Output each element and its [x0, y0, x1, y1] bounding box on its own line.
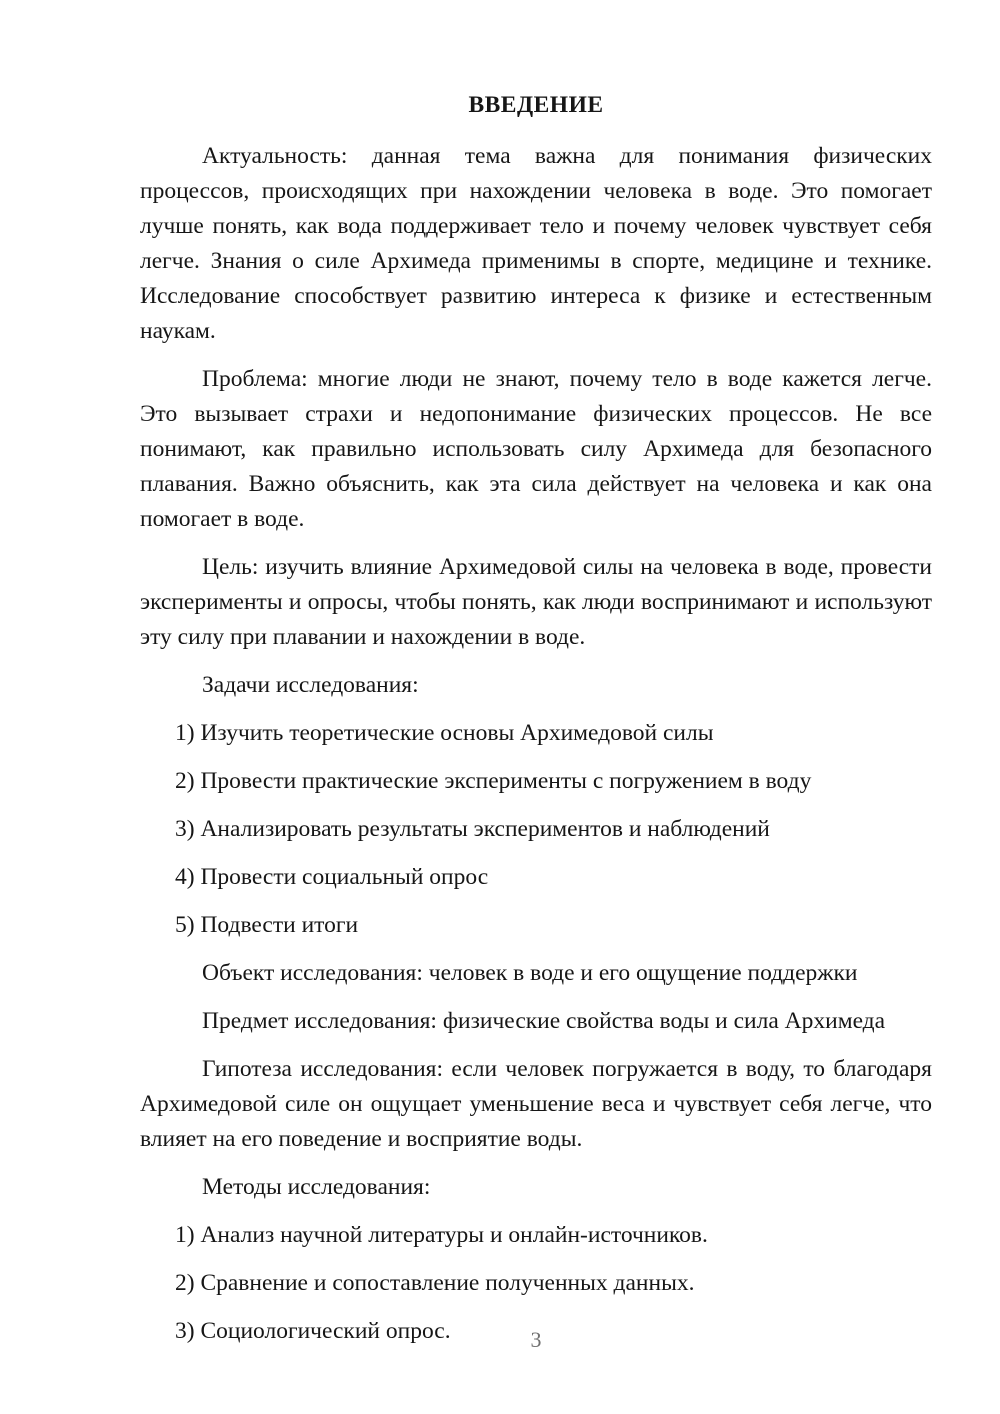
document-page: ВВЕДЕНИЕ Актуальность: данная тема важна… — [0, 0, 1000, 1414]
task-item-2: 2) Провести практические эксперименты с … — [140, 764, 932, 799]
paragraph-research-object: Объект исследования: человек в воде и ег… — [140, 956, 932, 991]
method-item-1: 1) Анализ научной литературы и онлайн-ис… — [140, 1218, 932, 1253]
task-item-4: 4) Провести социальный опрос — [140, 860, 932, 895]
paragraph-problem: Проблема: многие люди не знают, почему т… — [140, 362, 932, 537]
label-research-methods: Методы исследования: — [140, 1170, 932, 1205]
label-research-tasks: Задачи исследования: — [140, 668, 932, 703]
paragraph-goal: Цель: изучить влияние Архимедовой силы н… — [140, 550, 932, 655]
task-item-3: 3) Анализировать результаты эксперименто… — [140, 812, 932, 847]
method-item-2: 2) Сравнение и сопоставление полученных … — [140, 1266, 932, 1301]
paragraph-relevance: Актуальность: данная тема важна для пони… — [140, 139, 932, 349]
paragraph-hypothesis: Гипотеза исследования: если человек погр… — [140, 1052, 932, 1157]
task-item-5: 5) Подвести итоги — [140, 908, 932, 943]
page-content: ВВЕДЕНИЕ Актуальность: данная тема важна… — [0, 0, 1000, 1362]
section-title: ВВЕДЕНИЕ — [140, 88, 932, 123]
page-number: 3 — [140, 1322, 932, 1357]
task-item-1: 1) Изучить теоретические основы Архимедо… — [140, 716, 932, 751]
paragraph-research-subject: Предмет исследования: физические свойств… — [140, 1004, 932, 1039]
